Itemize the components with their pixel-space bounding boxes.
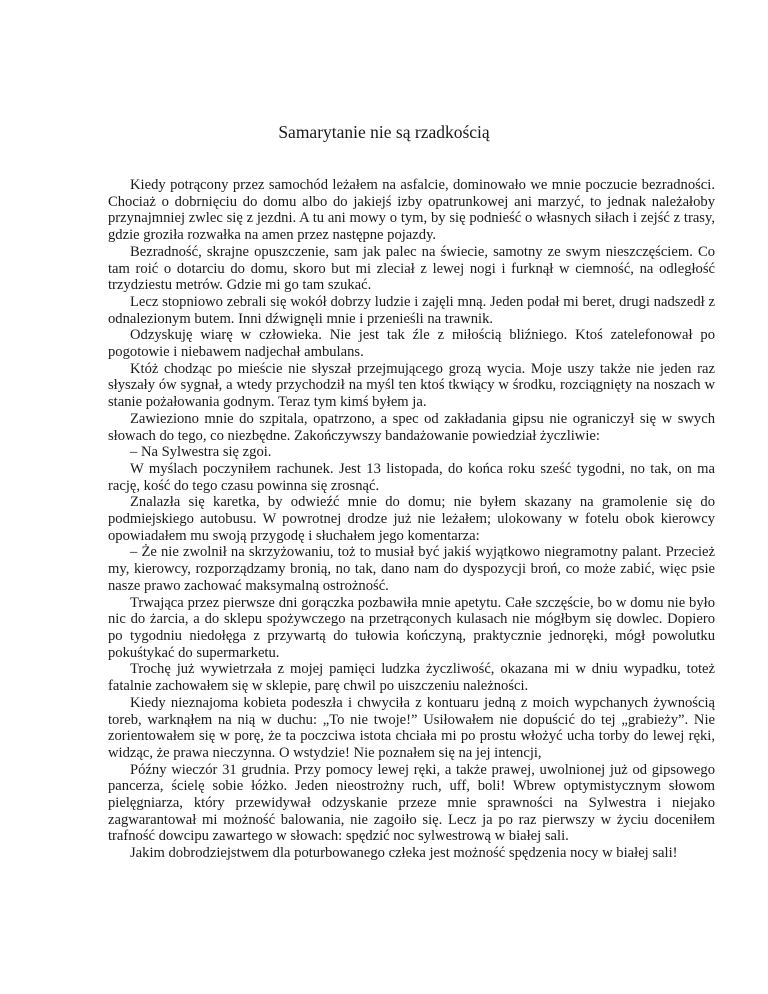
paragraph: Bezradność, skrajne opuszczenie, sam jak…	[108, 244, 715, 294]
paragraph: W myślach poczyniłem rachunek. Jest 13 l…	[108, 461, 715, 494]
paragraph: Trwająca przez pierwsze dni gorączka poz…	[108, 595, 715, 662]
paragraph: Kiedy nieznajoma kobieta podeszła i chwy…	[108, 695, 715, 762]
paragraph: Zawieziono mnie do szpitala, opatrzono, …	[108, 411, 715, 444]
paragraph: Późny wieczór 31 grudnia. Przy pomocy le…	[108, 762, 715, 846]
paragraph: Lecz stopniowo zebrali się wokół dobrzy …	[108, 294, 715, 327]
document-page: Samarytanie nie są rzadkością Kiedy potr…	[0, 0, 768, 994]
document-body: Kiedy potrącony przez samochód leżałem n…	[108, 177, 715, 862]
paragraph: Trochę już wywietrzała z mojej pamięci l…	[108, 661, 715, 694]
paragraph: Odzyskuję wiarę w człowieka. Nie jest ta…	[108, 327, 715, 360]
paragraph: Któż chodząc po mieście nie słyszał prze…	[108, 361, 715, 411]
dialogue-line: – Na Sylwestra się zgoi.	[108, 444, 715, 461]
closing-paragraph: Jakim dobrodziejstwem dla poturbowanego …	[108, 845, 715, 862]
paragraph: Kiedy potrącony przez samochód leżałem n…	[108, 177, 715, 244]
dialogue-line: – Że nie zwolnił na skrzyżowaniu, toż to…	[108, 544, 715, 594]
paragraph: Znalazła się karetka, by odwieźć mnie do…	[108, 494, 715, 544]
document-title: Samarytanie nie są rzadkością	[0, 121, 768, 143]
